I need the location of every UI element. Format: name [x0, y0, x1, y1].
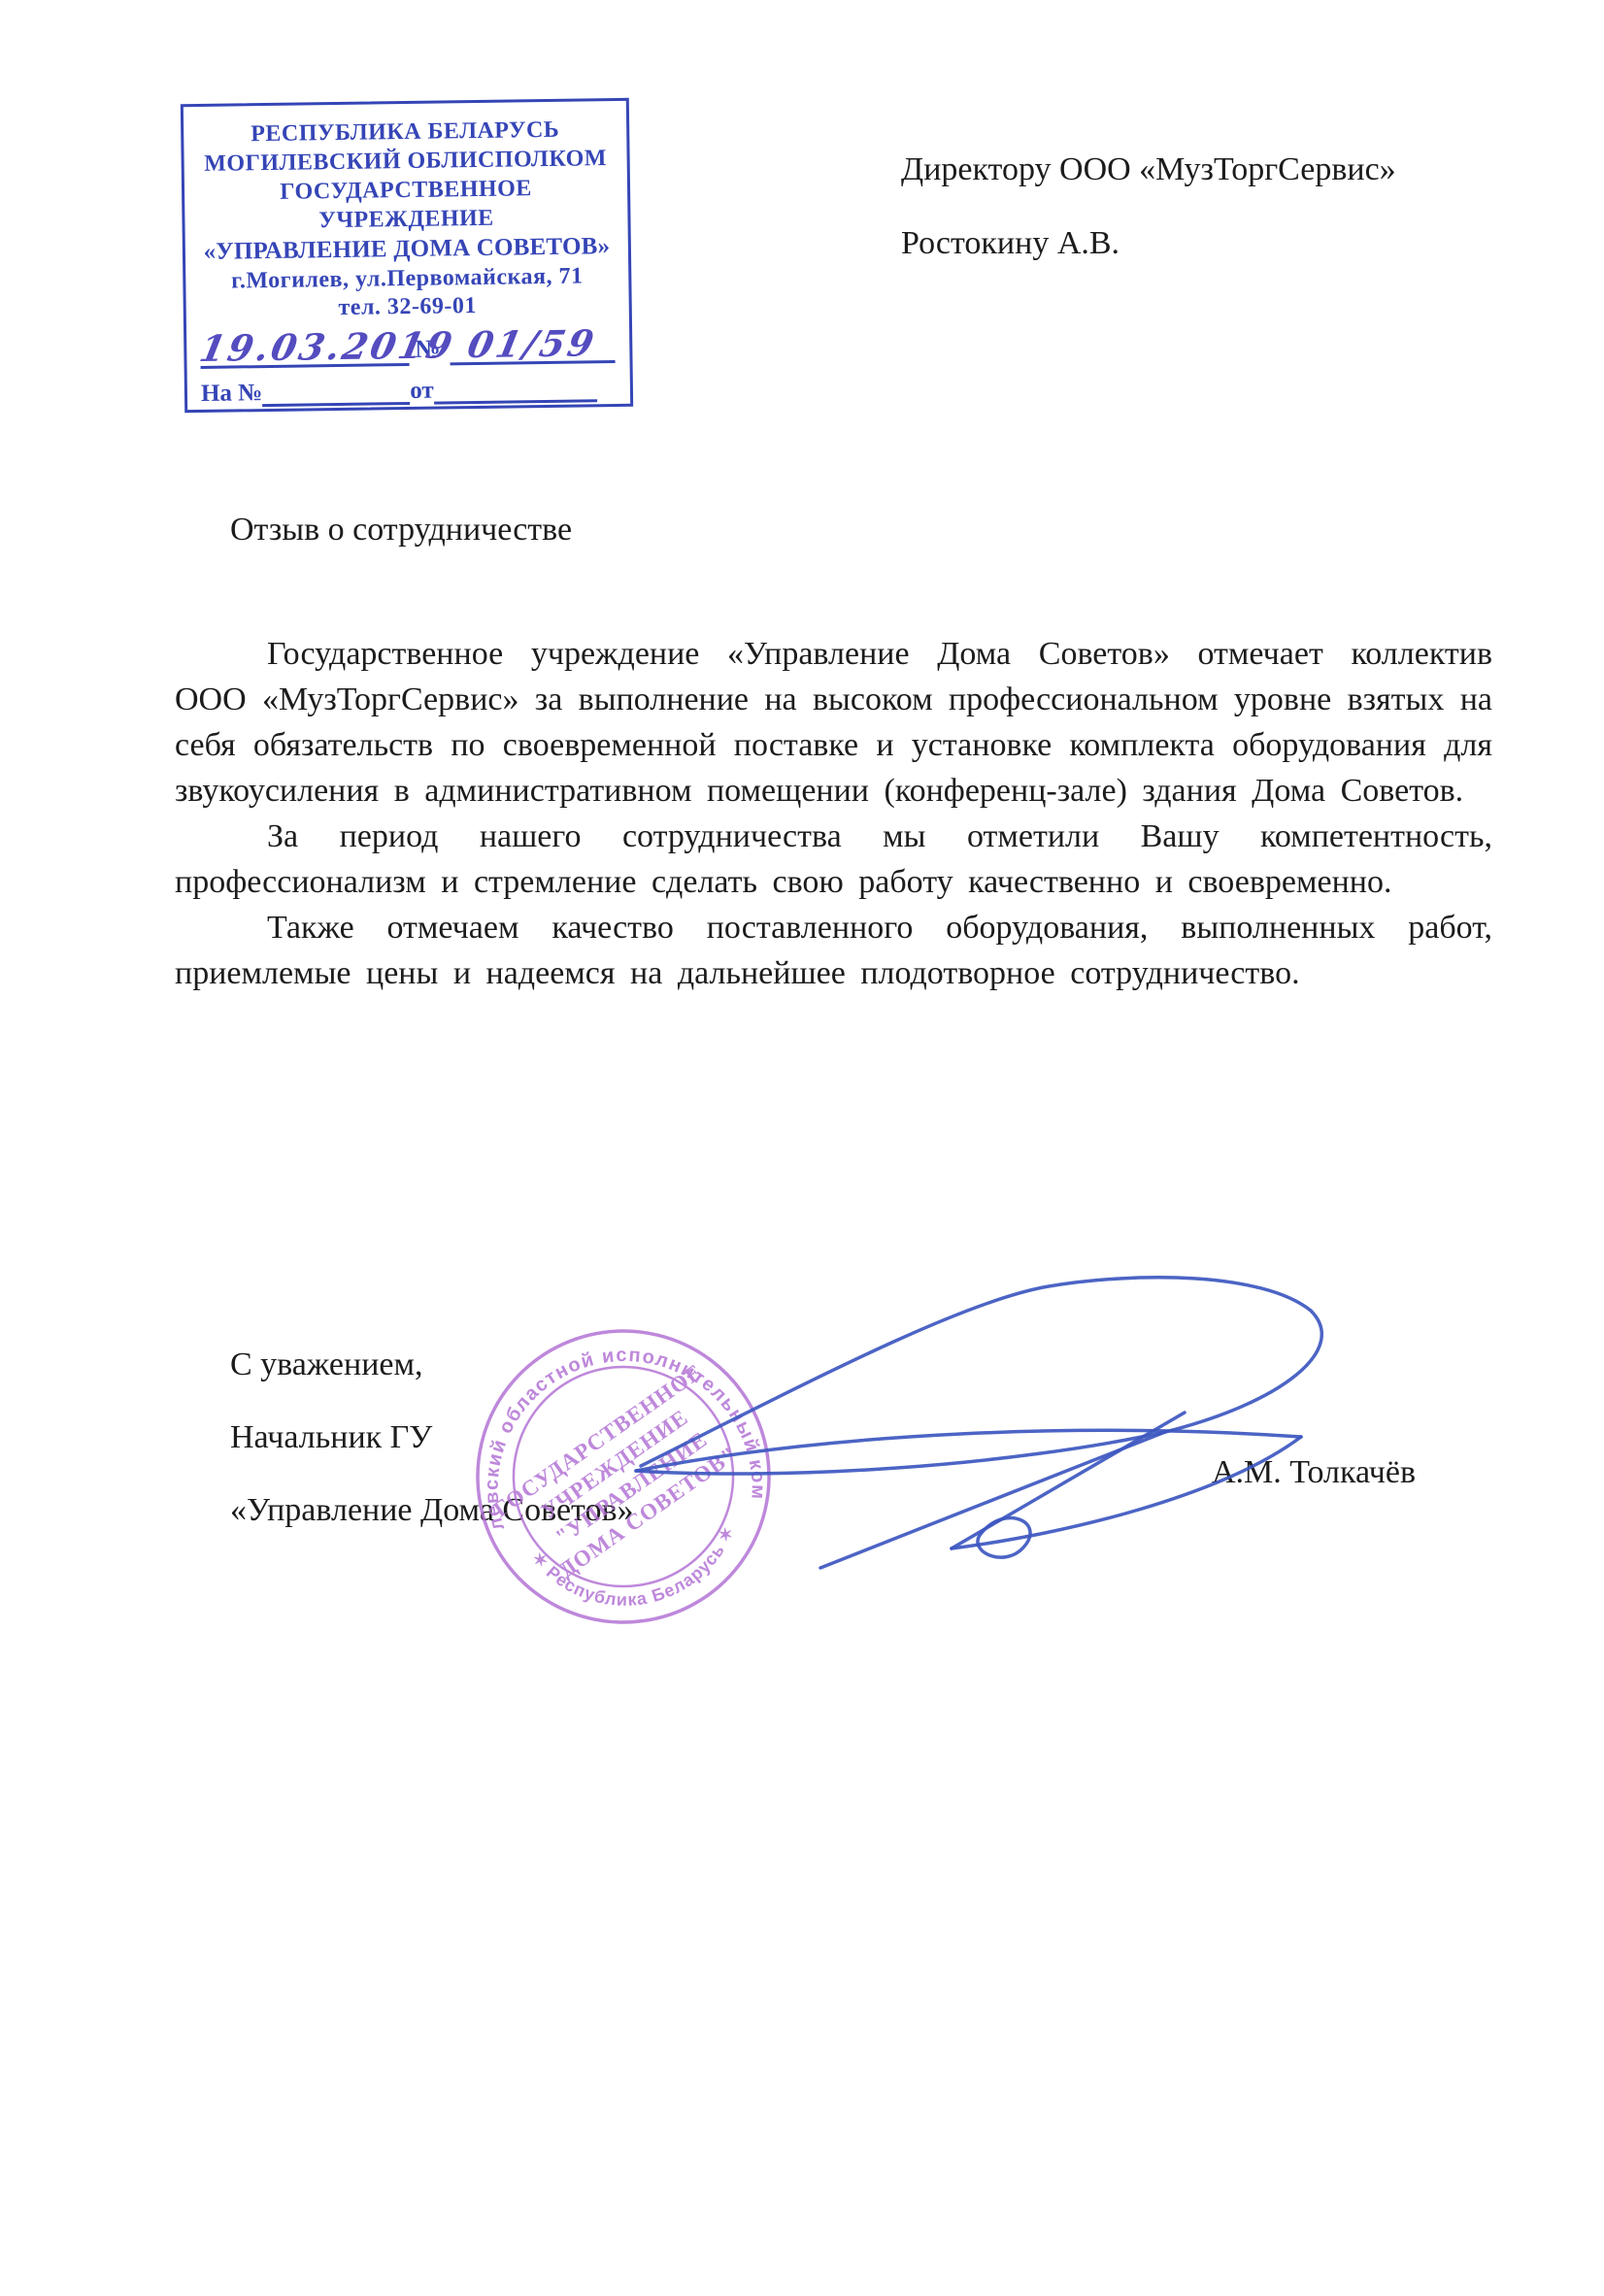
registration-number-value: 01/59: [465, 325, 600, 362]
letter-page: РЕСПУБЛИКА БЕЛАРУСЬ МОГИЛЕВСКИЙ ОБЛИСПОЛ…: [0, 0, 1604, 2296]
paragraph: За период нашего сотрудничества мы отмет…: [175, 814, 1492, 905]
stamp-reply-row: На № от: [187, 373, 630, 408]
letterhead-stamp: РЕСПУБЛИКА БЕЛАРУСЬ МОГИЛЕВСКИЙ ОБЛИСПОЛ…: [181, 98, 633, 413]
addressee-block: Директору ООО «МузТоргСервис» Ростокину …: [901, 153, 1396, 301]
letter-body: Государственное учреждение «Управление Д…: [175, 631, 1492, 996]
signature-stroke: [636, 1278, 1321, 1474]
signature: [544, 1243, 1379, 1573]
stamp-region-line: МОГИЛЕВСКИЙ ОБЛИСПОЛКОМ: [184, 144, 626, 179]
signature-stroke: [636, 1430, 1301, 1471]
signature-stroke: [952, 1437, 1301, 1548]
registration-number-field: 01/59: [450, 325, 616, 365]
addressee-position: Директору ООО «МузТоргСервис»: [901, 153, 1396, 186]
reply-from-label: от: [410, 378, 434, 405]
paragraph: Государственное учреждение «Управление Д…: [175, 631, 1492, 814]
stamp-registration-row: 19.03.2019 № 01/59: [186, 320, 630, 369]
reply-date-blank: [434, 374, 597, 404]
reply-prefix-label: На №: [201, 380, 263, 408]
registration-date-value: 19.03.2019: [197, 327, 458, 366]
signature-stroke: [820, 1432, 1165, 1568]
reply-number-blank: [262, 377, 410, 407]
paragraph: Также отмечаем качество поставленного об…: [175, 905, 1492, 996]
registration-date-field: 19.03.2019: [200, 328, 410, 369]
letter-title: Отзыв о сотрудничестве: [230, 512, 572, 549]
addressee-name: Ростокину А.В.: [901, 227, 1396, 260]
